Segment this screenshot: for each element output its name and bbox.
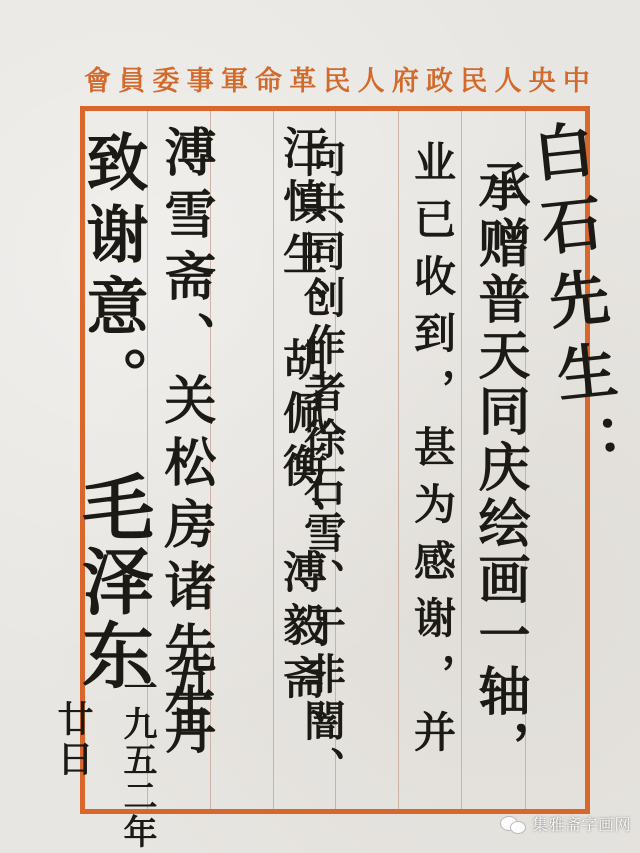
signature: 毛泽东: [60, 470, 164, 692]
column-rule: [398, 111, 399, 809]
letterhead-char: 事: [187, 68, 214, 95]
letterhead: 中 央 人 民 政 府 人 民 革 命 軍 事 委 員 會: [84, 64, 590, 98]
letterhead-char: 政: [426, 68, 453, 95]
letterhead-char: 人: [358, 68, 385, 95]
letterhead-char: 命: [255, 68, 282, 95]
letterhead-char: 民: [460, 68, 487, 95]
letter-line-2: 承赠普天同庆绘画一轴，: [462, 160, 537, 776]
letter-line-3: 业已收到，甚为感谢，并: [402, 140, 462, 767]
letter-line-5: 汪慎生、胡佩衡、溥毅斋、: [268, 125, 332, 761]
letterhead-char: 軍: [221, 68, 248, 95]
date-day: 廿日: [48, 700, 99, 780]
wechat-icon: [500, 814, 526, 834]
letterhead-char: 中: [563, 68, 590, 95]
date-month: 五月: [150, 650, 222, 758]
letterhead-char: 央: [529, 68, 556, 95]
letterhead-char: 會: [84, 68, 111, 95]
letterhead-char: 府: [392, 68, 419, 95]
watermark-text: 集雅斋字画网: [532, 812, 631, 835]
letterhead-char: 員: [118, 68, 145, 95]
letterhead-char: 委: [152, 68, 179, 95]
letterhead-char: 革: [289, 68, 316, 95]
letterhead-char: 人: [494, 68, 521, 95]
letterhead-char: 民: [323, 68, 350, 95]
letter-line-7: 致谢意。: [68, 130, 157, 418]
watermark: 集雅斋字画网: [500, 812, 631, 835]
